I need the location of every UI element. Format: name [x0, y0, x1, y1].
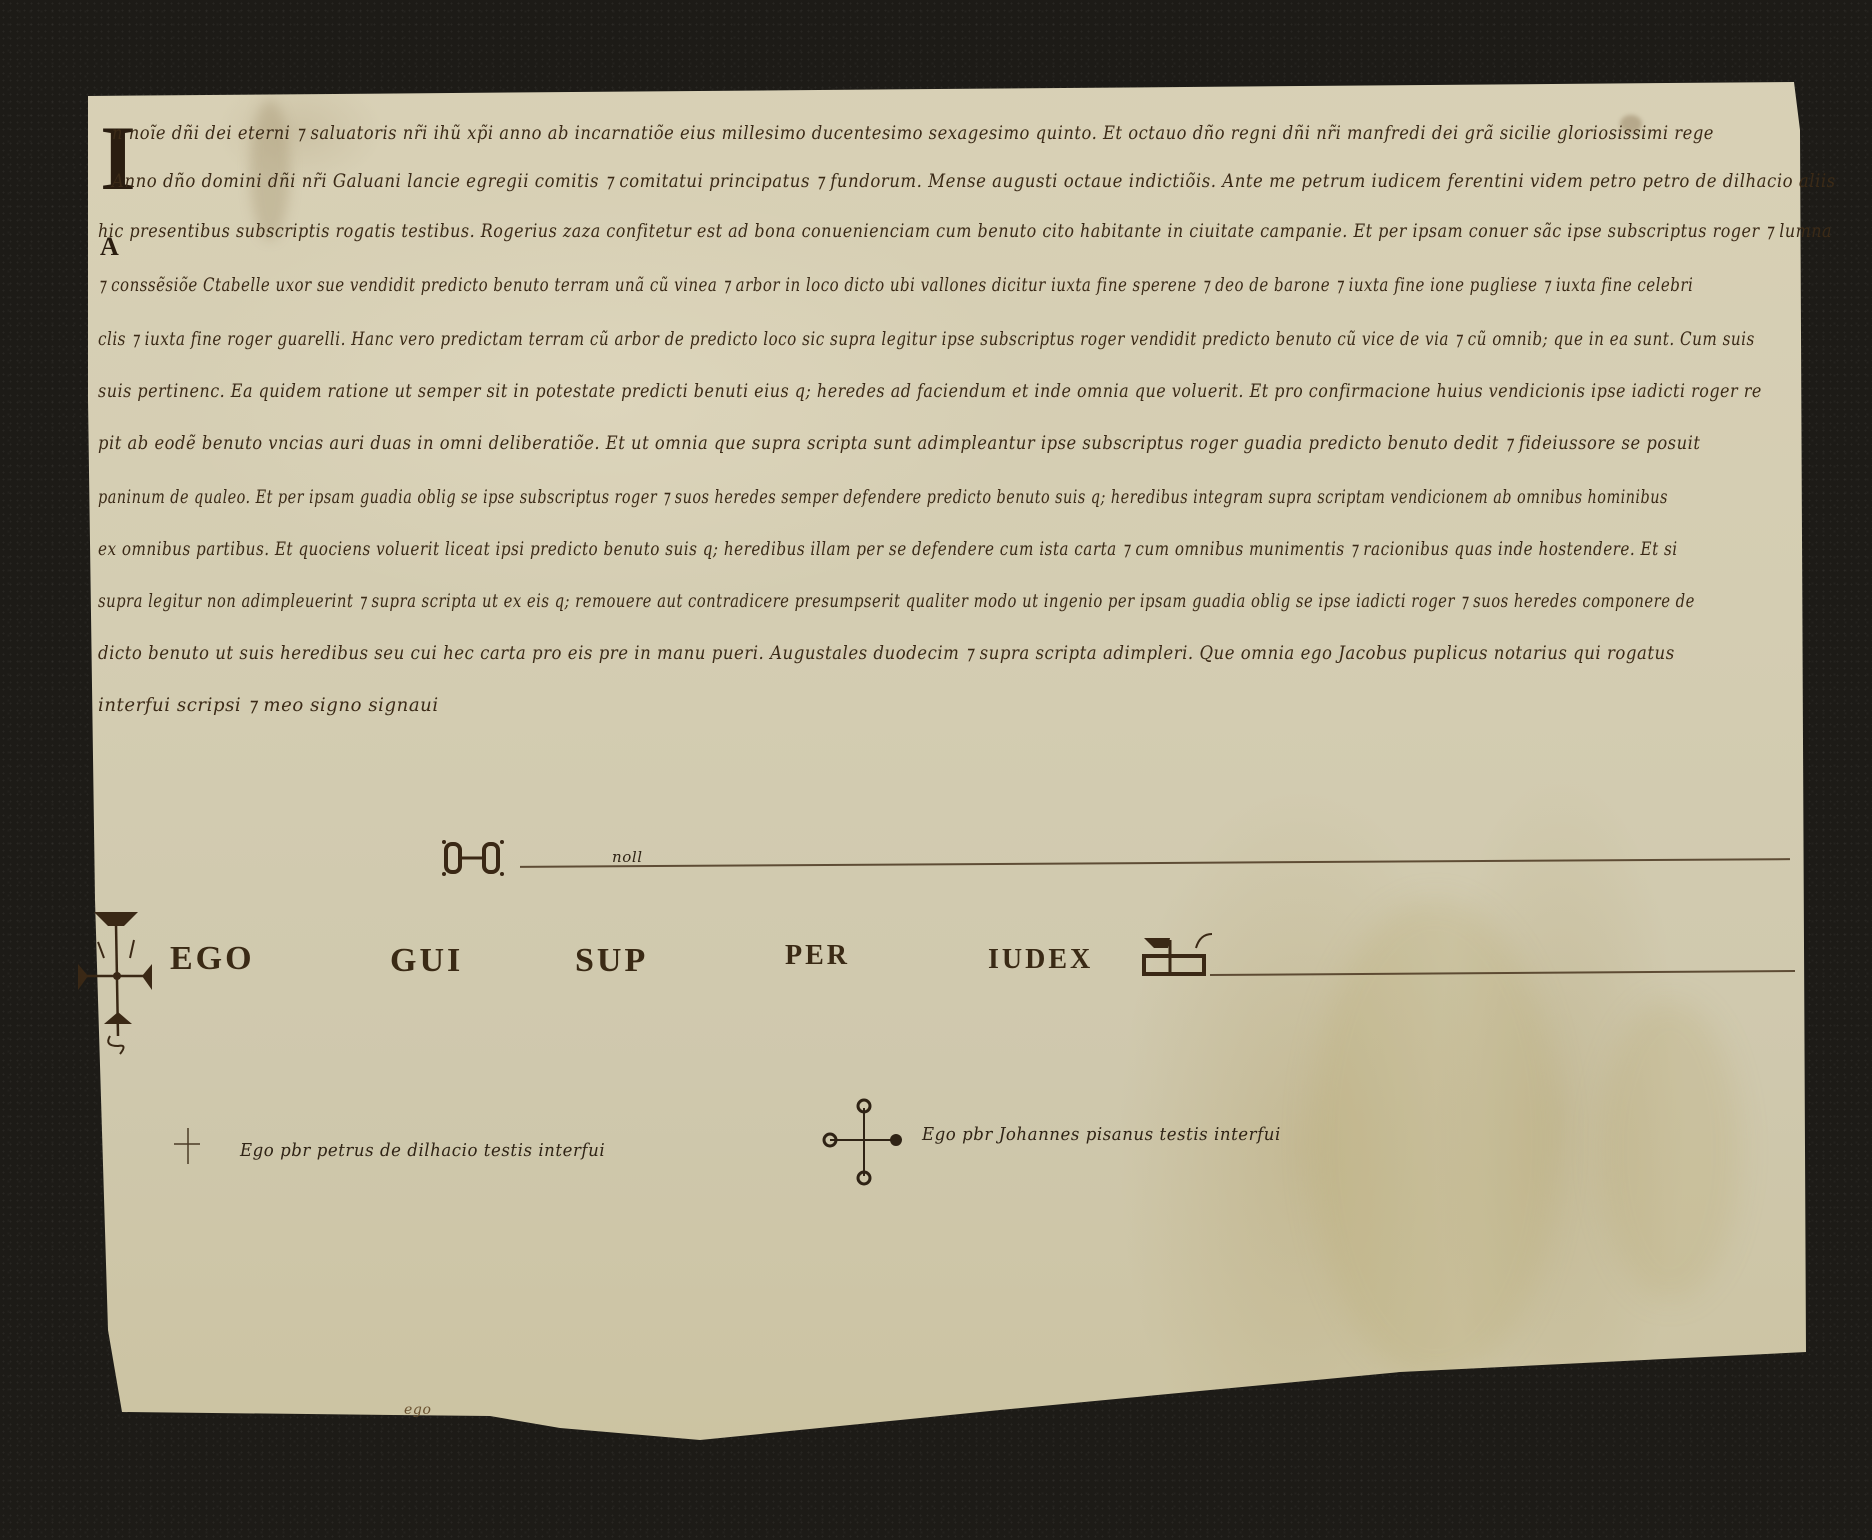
- charter-line: interfui scripsi ⁊ meo signo signaui: [98, 694, 439, 716]
- water-stain: [1600, 1000, 1740, 1300]
- charter-line: dicto benuto ut suis heredibus seu cui h…: [98, 642, 1675, 664]
- looped-cross-mark: [822, 1096, 902, 1186]
- simple-cross-mark: [172, 1126, 202, 1166]
- marginal-scribble: ego: [404, 1402, 431, 1418]
- witness-subscription: Ego pbr petrus de dilhacio testis interf…: [240, 1140, 605, 1161]
- signum-word: IUDEX: [988, 944, 1093, 976]
- signum-word: GUI: [390, 942, 463, 980]
- document-viewer: I A n noĩe dñi dei eterni ⁊ saluatoris n…: [0, 0, 1872, 1540]
- charter-line: hic presentibus subscriptis rogatis test…: [98, 220, 1832, 242]
- notary-seal-box-mark: [1140, 930, 1220, 980]
- charter-line: suis pertinenc. Ea quidem ratione ut sem…: [98, 380, 1762, 402]
- notary-knot-mark: [440, 838, 520, 878]
- charter-line: ex omnibus partibus. Et quociens volueri…: [98, 538, 1678, 560]
- witness-subscription: Ego pbr Johannes pisanus testis interfui: [922, 1124, 1281, 1145]
- signum-word: EGO: [170, 940, 255, 978]
- signum-word: SUP: [575, 942, 648, 980]
- signum-word: PER: [785, 940, 850, 972]
- charter-line: clis ⁊ iuxta fine roger guarelli. Hanc v…: [98, 328, 1755, 350]
- charter-line: n noĩe dñi dei eterni ⁊ saluatoris nr̃i …: [112, 122, 1714, 144]
- marginal-mark: noll: [612, 848, 643, 866]
- notary-cross-signum: [74, 906, 164, 1056]
- charter-line: paninum de qualeo. Et per ipsam guadia o…: [98, 486, 1668, 508]
- charter-line: pit ab eodẽ benuto vncias auri duas in o…: [98, 432, 1700, 454]
- charter-line: ⁊ conssẽsiõe Ctabelle uxor sue vendidit …: [98, 274, 1693, 296]
- charter-line: Anno dño domini dñi nr̃i Galuani lancie …: [112, 170, 1836, 192]
- charter-line: supra legitur non adimpleuerint ⁊ supra …: [98, 590, 1695, 612]
